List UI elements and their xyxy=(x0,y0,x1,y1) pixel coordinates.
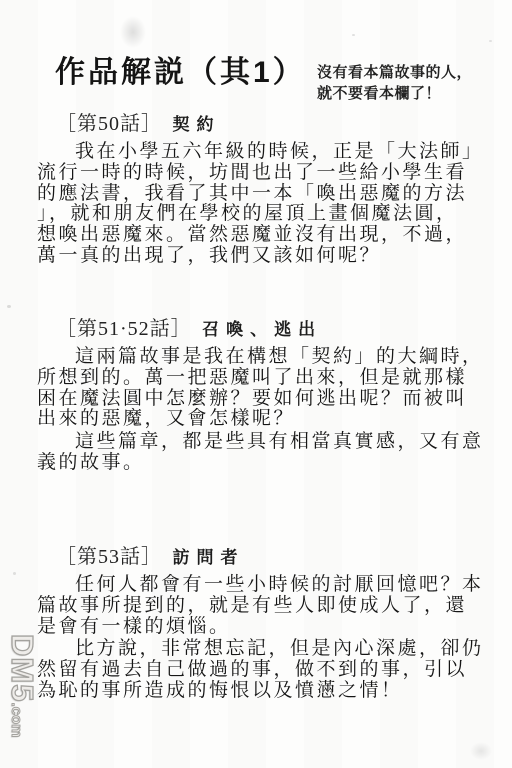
dm5-watermark-suffix-text: .com xyxy=(8,702,25,737)
scan-speck xyxy=(489,40,492,42)
scanned-commentary-page: 作品解説（其1） 沒有看本篇故事的人， 就不要看本欄了！ ［第50話］ 契約 我… xyxy=(0,0,512,768)
dm5-watermark: DM5.com xyxy=(4,634,40,737)
section-episode-51-52: ［第51·52話］ 召喚、逃出 這兩篇故事是我在構想「契約」的大綱時， 所想到的… xyxy=(37,317,507,474)
scan-smudge xyxy=(470,742,492,760)
episode-title-label: 召喚、逃出 xyxy=(202,320,322,339)
episode-number-label: ［第53話］ xyxy=(56,546,162,568)
section-heading: ［第50話］ 契約 xyxy=(56,112,507,138)
commentary-paragraph: 比方說，非常想忘記，但是內心深處，卻仍 然留有過去自己做過的事，做不到的事，引以… xyxy=(37,639,507,701)
episode-number-label: ［第50話］ xyxy=(56,113,162,135)
dm5-watermark-main-text: DM5 xyxy=(5,634,40,702)
section-body: 這兩篇故事是我在構想「契約」的大綱時， 所想到的。萬一把惡魔叫了出來，但是就那樣… xyxy=(37,347,507,474)
scan-smudge xyxy=(120,16,146,48)
section-heading: ［第53話］ 訪問者 xyxy=(56,545,507,571)
section-body: 我在小學五六年級的時候，正是「大法師」 流行一時的時候，坊間也出了一些給小學生看… xyxy=(37,142,507,267)
reader-warning-note: 沒有看本篇故事的人， 就不要看本欄了！ xyxy=(317,62,472,104)
scan-speck xyxy=(352,34,355,36)
scan-speck xyxy=(7,305,11,308)
reader-warning-line1: 沒有看本篇故事的人， xyxy=(317,62,472,83)
commentary-paragraph: 我在小學五六年級的時候，正是「大法師」 流行一時的時候，坊間也出了一些給小學生看… xyxy=(37,142,507,267)
episode-title-label: 訪問者 xyxy=(172,548,244,567)
episode-title-label: 契約 xyxy=(172,115,220,134)
section-heading: ［第51·52話］ 召喚、逃出 xyxy=(56,317,507,343)
commentary-paragraph: 任何人都會有一些小時候的討厭回憶吧？本 篇故事所提到的，就是有些人即使成人了，還… xyxy=(37,575,507,637)
commentary-paragraph: 這兩篇故事是我在構想「契約」的大綱時， 所想到的。萬一把惡魔叫了出來，但是就那樣… xyxy=(37,347,507,430)
section-body: 任何人都會有一些小時候的討厭回憶吧？本 篇故事所提到的，就是有些人即使成人了，還… xyxy=(37,575,507,702)
page-title: 作品解説（其1） xyxy=(55,54,306,92)
scan-speck xyxy=(13,572,16,575)
commentary-paragraph: 這些篇章，都是些具有相當真實感，又有意 義的故事。 xyxy=(37,432,507,474)
section-episode-53: ［第53話］ 訪問者 任何人都會有一些小時候的討厭回憶吧？本 篇故事所提到的，就… xyxy=(37,545,507,702)
reader-warning-line2: 就不要看本欄了！ xyxy=(317,83,472,104)
episode-number-label: ［第51·52話］ xyxy=(56,318,192,340)
section-episode-50: ［第50話］ 契約 我在小學五六年級的時候，正是「大法師」 流行一時的時候，坊間… xyxy=(37,112,507,267)
